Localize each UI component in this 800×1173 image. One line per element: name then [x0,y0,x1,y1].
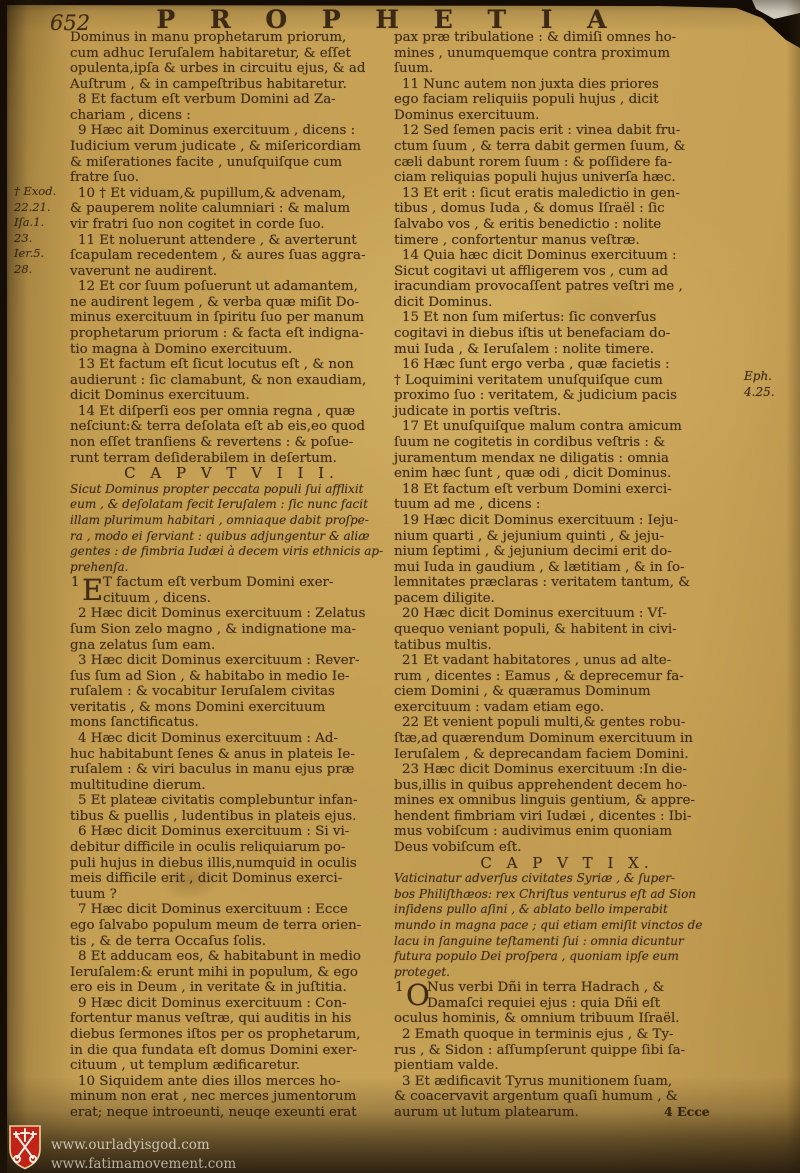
text-line: Damaſci requiei ejus : quia Dñi eſt [427,996,740,1012]
text-line: iracundiam provocaſſent patres veſtri me… [394,279,740,295]
text-line: diebus ſermones iſtos per os prophetarum… [70,1027,393,1043]
text-line: 14 Et diſperſi eos per omnia regna , quæ [70,404,393,420]
watermark-urls: www.ourladyisgod.com www.fatimamovement.… [51,1124,236,1173]
text-line: nium quarti , & jejunium quinti , & jeju… [394,529,740,545]
verse-number: 1 [395,980,404,995]
argument-line: lacu in ſanguine teſtamenti ſui : omnia … [394,934,740,950]
drop-cap: O [406,981,430,1010]
text-line: & coacervavit argentum quaſi humum , & [394,1089,740,1105]
text-line: mines ex omnibus linguis gentium, & appr… [394,793,740,809]
text-line: hendent fimbriam viri Iudæi , dicentes :… [394,809,740,825]
crossed-keys-shield-icon [8,1124,42,1170]
chapter-heading: C A P V T I X. [394,856,740,872]
watermark-url-1: www.ourladyisgod.com [51,1136,236,1155]
text-line: meis difficile erit , dicit Dominus exer… [70,871,393,887]
text-line: 22 Et venient populi multi,& gentes robu… [394,715,740,731]
text-line: exercituum : vadam etiam ego. [394,700,740,716]
catchword: 4 Ecce [664,1104,710,1119]
text-line: ctum ſuum , & terra dabit germen ſuum, & [394,139,740,155]
argument-line: futura populo Dei proſpera , quoniam ipſ… [394,949,740,965]
text-line: Dominus exercituum. [394,108,740,124]
text-line: lemnitates præclaras : veritatem tantum,… [394,575,740,591]
text-line: Nus verbi Dñi in terra Hadrach , & [427,980,740,996]
text-line: Ieruſalem , & deprecandam faciem Domini. [394,747,740,763]
text-line: ruſalem : & vocabitur Ieruſalem civitas [70,684,393,700]
argument-line: gentes : de fimbria Iudæi à decem viris … [70,544,393,560]
text-line: rum , dicentes : Eamus , & deprecemur fa… [394,669,740,685]
text-line: cituum , ut templum ædificaretur. [70,1058,393,1074]
text-line: 19 Hæc dicit Dominus exercituum : Ieju- [394,513,740,529]
drop-cap: E [82,576,103,605]
text-line: audierunt : ſic clamabunt, & non exaudia… [70,373,393,389]
text-line: 14 Quia hæc dicit Dominus exercituum : [394,248,740,264]
watermark: www.ourladyisgod.com www.fatimamovement.… [8,1124,236,1173]
scanned-book-page: 652 P R O P H E T I A † Exod.22.21.Iſa.1… [0,0,800,1173]
text-line: tibus & puellis , ludentibus in plateis … [70,809,393,825]
text-line: juramentum mendax ne diligatis : omnia [394,451,740,467]
text-line: Iudicium verum judicate , & miſericordia… [70,139,393,155]
text-line: vaverunt ne audirent. [70,264,393,280]
text-line: huc habitabunt ſenes & anus in plateis I… [70,747,393,763]
text-column-right: pax præ tribulatione : & dimiſi omnes ho… [394,30,740,1120]
argument-line: Sicut Dominus propter peccata populi ſui… [70,482,393,498]
text-line: 9 Hæc dicit Dominus exercituum : Con- [70,996,393,1012]
text-line: mines , unumquemque contra proximum [394,46,740,62]
watermark-url-2: www.fatimamovement.com [51,1155,236,1173]
text-line: dicit Dominus. [394,295,740,311]
right-margin-notes: Eph.4.25. [744,369,775,400]
text-line: 23 Hæc dicit Dominus exercituum :In die- [394,762,740,778]
text-line: minus exercituum in ſpiritu ſuo per manu… [70,310,393,326]
margin-note: 28. [14,262,68,278]
text-line: cum adhuc Ieruſalem habitaretur, & eſſet [70,46,393,62]
margin-note: † Exod. [14,184,68,200]
text-line: 15 Et non ſum miſertus: ſic converſus [394,310,740,326]
verse-number: 1 [71,575,80,590]
text-line: 13 Et factum eſt ſicut locutus eſt , & n… [70,357,393,373]
text-line: ſuum ne cogitetis in cordibus veſtris : … [394,435,740,451]
text-line: mons ſanctificatus. [70,715,393,731]
text-line: 10 † Et viduam,& pupillum,& advenam, [70,186,393,202]
text-line: rus , & Sidon : aſſumpſerunt quippe ſibi… [394,1043,740,1059]
text-line: 5 Et plateæ civitatis complebuntur infan… [70,793,393,809]
text-line: ego ſalvabo populum meum de terra orien- [70,918,393,934]
text-line: opulenta,ipſa & urbes in circuitu ejus, … [70,61,393,77]
text-line: & miſerationes facite , unuſquiſque cum [70,155,393,171]
text-line: mui Iuda , & Ieruſalem : nolite timere. [394,342,740,358]
text-line: pax præ tribulatione : & dimiſi omnes ho… [394,30,740,46]
text-line: 4 Hæc dicit Dominus exercituum : Ad- [70,731,393,747]
text-line: nium ſeptimi , & jejunium decimi erit do… [394,544,740,560]
text-line: non eſſet tranſiens & revertens : & poſu… [70,435,393,451]
text-line: 12 Sed ſemen pacis erit : vinea dabit fr… [394,123,740,139]
text-line: bus,illis in quibus apprehendent decem h… [394,778,740,794]
text-line: ſtæ,ad quærendum Dominum exercituum in [394,731,740,747]
text-line: minum non erat , nec merces jumentorum [70,1089,393,1105]
dropcap-verse: 1ET factum eſt verbum Domini exer-cituum… [70,575,393,606]
text-line: tis , & de terra Occaſus ſolis. [70,934,393,950]
argument-line: mundo in magna pace ; qui etiam emiſit v… [394,918,740,934]
text-line: 11 Nunc autem non juxta dies priores [394,77,740,93]
text-line: Auſtrum , & in campeſtribus habitaretur. [70,77,393,93]
text-line: ciem Domini , & quæramus Dominum [394,684,740,700]
text-line: ſum Sion zelo magno , & indignatione ma- [70,622,393,638]
text-line: dicit Dominus exercituum. [70,388,393,404]
margin-note: Eph. [744,369,775,385]
text-line: ruſalem : & viri baculus in manu ejus pr… [70,762,393,778]
argument-line: ra , modo ei ſerviant : quibus adjungent… [70,529,393,545]
text-line: mui Iuda in gaudium , & lætitiam , & in … [394,560,740,576]
text-line: Sicut cogitavi ut affligerem vos , cum a… [394,264,740,280]
text-line: 8 Et factum eſt verbum Domini ad Za- [70,92,393,108]
text-line: 7 Hæc dicit Dominus exercituum : Ecce [70,902,393,918]
text-line: ſalvabo vos , & eritis benedictio : noli… [394,217,740,233]
margin-note: 23. [14,231,68,247]
text-line: 13 Et erit : ſicut eratis maledictio in … [394,186,740,202]
argument-line: inſidens pullo aſini , & ablato bello im… [394,902,740,918]
text-line: tibus , domus Iuda , & domus Iſraël : ſi… [394,201,740,217]
text-line: T factum eſt verbum Domini exer- [103,575,393,591]
text-line: vir fratri ſuo non cogitet in corde ſuo. [70,217,393,233]
text-line: proximo ſuo : veritatem, & judicium paci… [394,388,740,404]
argument-line: illam plurimum habitari , omniaque dabit… [70,513,393,529]
text-line: 21 Et vadant habitatores , unus ad alte- [394,653,740,669]
text-line: 2 Emath quoque in terminis ejus , & Ty- [394,1027,740,1043]
text-line: tuum ? [70,887,393,903]
margin-note: 22.21. [14,200,68,216]
text-line: 3 Hæc dicit Dominus exercituum : Rever- [70,653,393,669]
text-line: ſus ſum ad Sion , & habitabo in medio Ie… [70,669,393,685]
text-line: 12 Et cor ſuum poſuerunt ut adamantem, [70,279,393,295]
text-line: ego faciam reliquiis populi hujus , dici… [394,92,740,108]
text-line: & pauperem nolite calumniari : & malum [70,201,393,217]
text-line: ſuum. [394,61,740,77]
text-line: judicate in portis veſtris. [394,404,740,420]
text-line: debitur difficile in oculis reliquiarum … [70,840,393,856]
text-line: puli hujus in diebus illis,numquid in oc… [70,856,393,872]
argument-line: eum , & deſolatam fecit Ieruſalem : ſic … [70,497,393,513]
text-line: cæli dabunt rorem ſuum : & poſſidere fa- [394,155,740,171]
text-line: ſcapulam recedentem , & aures ſuas aggra… [70,248,393,264]
text-line: 9 Hæc ait Dominus exercituum , dicens : [70,123,393,139]
text-line: ero eis in Deum , in veritate & in juſti… [70,980,393,996]
text-line: tuum ad me , dicens : [394,497,740,513]
text-line: tatibus multis. [394,638,740,654]
text-line: enim hæc ſunt , quæ odi , dicit Dominus. [394,466,740,482]
text-line: 10 Siquidem ante dies illos merces ho- [70,1074,393,1090]
argument-line: bos Philiſthæos: rex Chriſtus venturus e… [394,887,740,903]
text-line: multitudine dierum. [70,778,393,794]
argument-line: prehenſa. [70,560,393,576]
text-line: pientiam valde. [394,1058,740,1074]
text-line: pacem diligite. [394,591,740,607]
text-line: fratre ſuo. [70,170,393,186]
text-line: cituum , dicens. [103,591,393,607]
text-line: Ieruſalem:& erunt mihi in populum, & ego [70,965,393,981]
text-line: 2 Hæc dicit Dominus exercituum : Zelatus [70,606,393,622]
chapter-heading: C A P V T V I I I. [70,466,393,482]
text-line: 16 Hæc ſunt ergo verba , quæ facietis : [394,357,740,373]
text-line: quequo veniant populi, & habitent in civ… [394,622,740,638]
text-line: Dominus in manu prophetarum priorum, [70,30,393,46]
text-column-left: Dominus in manu prophetarum priorum,cum … [70,30,393,1120]
text-line: † Loquimini veritatem unuſquiſque cum [394,373,740,389]
text-line: prophetarum priorum : & facta eſt indign… [70,326,393,342]
text-line: gna zelatus ſum eam. [70,638,393,654]
text-line: veritatis , & mons Domini exercituum [70,700,393,716]
text-line: neſciunt:& terra deſolata eſt ab eis,eo … [70,419,393,435]
dropcap-verse: 1ONus verbi Dñi in terra Hadrach , &Dama… [394,980,740,1011]
text-line: in die qua fundata eſt domus Domini exer… [70,1043,393,1059]
text-line: timere , confortentur manus veſtræ. [394,233,740,249]
text-line: 3 Et ædificavit Tyrus munitionem ſuam, [394,1074,740,1090]
text-line: ciam reliquias populi hujus univerſa hæc… [394,170,740,186]
text-line: fortentur manus veſtræ, qui auditis in h… [70,1011,393,1027]
text-line: 17 Et unuſquiſque malum contra amicum [394,419,740,435]
text-line: cogitavi in diebus iſtis ut benefaciam d… [394,326,740,342]
text-line: 6 Hæc dicit Dominus exercituum : Si vi- [70,824,393,840]
text-line: 20 Hæc dicit Dominus exercituum : Vſ- [394,606,740,622]
margin-note: Ier.5. [14,246,68,262]
text-line: tio magna à Domino exercituum. [70,342,393,358]
text-line: 18 Et factum eſt verbum Domini exerci- [394,482,740,498]
text-line: ne audirent legem , & verba quæ miſit Do… [70,295,393,311]
text-line: erat; neque introeunti, neuqe exeunti er… [70,1105,393,1121]
text-line: chariam , dicens : [70,108,393,124]
text-line: oculus hominis, & omnium tribuum Iſraël. [394,1011,740,1027]
margin-note: Iſa.1. [14,215,68,231]
text-line: mus vobiſcum : audivimus enim quoniam [394,824,740,840]
argument-line: proteget. [394,965,740,981]
text-line: 11 Et noluerunt attendere , & averterunt [70,233,393,249]
argument-line: Vaticinatur adverſus civitates Syriæ , &… [394,871,740,887]
margin-note: 4.25. [744,385,775,401]
text-line: 8 Et adducam eos, & habitabunt in medio [70,949,393,965]
left-margin-notes: † Exod.22.21.Iſa.1.23.Ier.5.28. [14,184,68,277]
